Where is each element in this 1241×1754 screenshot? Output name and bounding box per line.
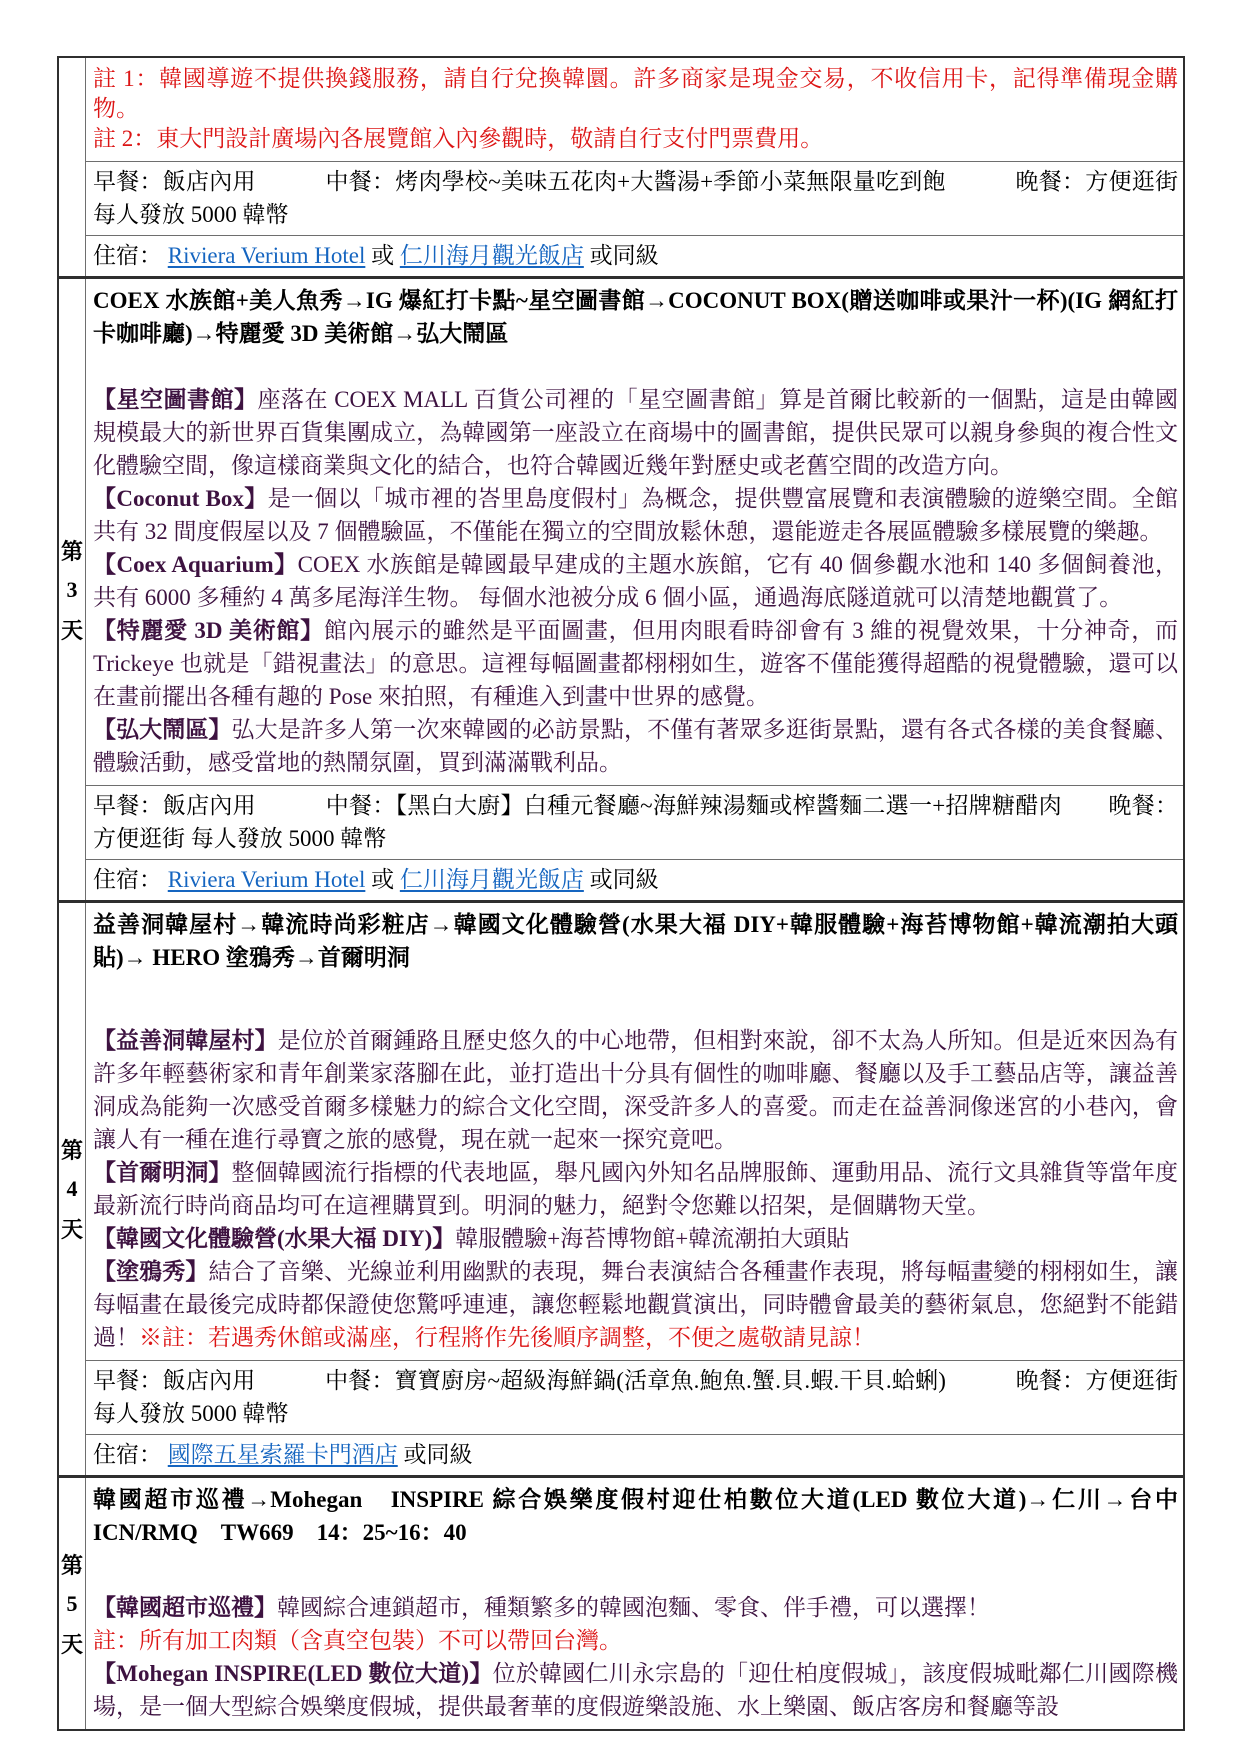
text-segment: 或 <box>365 243 400 268</box>
day-description: 【Coconut Box】是一個以「城市裡的峇里島度假村」為概念，提供豐富展覽和… <box>93 482 1178 548</box>
lodging-row: 住宿： Riviera Verium Hotel 或 仁川海月觀光飯店 或同級 <box>86 859 1183 900</box>
text-segment: 【Coconut Box】 <box>93 486 268 511</box>
text-segment: 【特麗愛 3D 美術館】 <box>93 618 324 643</box>
day-5-section: 第 5 天 韓國超市巡禮→Mohegan INSPIRE 綜合娛樂度假村迎仕柏數… <box>59 1475 1183 1729</box>
day-4-content: 益善洞韓屋村→韓流時尚彩粧店→韓國文化體驗營(水果大福 DIY+韓服體驗+海苔博… <box>86 903 1183 1475</box>
day-main-row: COEX 水族館+美人魚秀→IG 爆紅打卡點~星空圖書館→COCONUT BOX… <box>86 279 1183 785</box>
text-segment: 【韓國超市巡禮】 <box>93 1595 277 1620</box>
text-segment: 住宿： <box>93 1442 168 1467</box>
hotel-link[interactable]: 仁川海月觀光飯店 <box>400 867 584 892</box>
day-main-row: 益善洞韓屋村→韓流時尚彩粧店→韓國文化體驗營(水果大福 DIY+韓服體驗+海苔博… <box>86 903 1183 1360</box>
day-label-char: 第 <box>61 1134 83 1165</box>
note-1: 註 1：韓國導遊不提供換錢服務，請自行兌換韓圜。許多商家是現金交易，不收信用卡，… <box>93 64 1178 124</box>
text-segment: 【弘大鬧區】 <box>93 717 232 742</box>
day-description: 註：所有加工肉類（含真空包裝）不可以帶回台灣。 <box>93 1624 1178 1657</box>
day-label: 第 3 天 <box>59 279 86 900</box>
day-title: 韓國超市巡禮→Mohegan INSPIRE 綜合娛樂度假村迎仕柏數位大道(LE… <box>93 1483 1178 1549</box>
day-4-section: 第 4 天 益善洞韓屋村→韓流時尚彩粧店→韓國文化體驗營(水果大福 DIY+韓服… <box>59 900 1183 1475</box>
day-label-empty <box>59 58 86 276</box>
text-segment: 【Mohegan INSPIRE(LED 數位大道)】 <box>93 1661 493 1686</box>
text-segment: 或同級 <box>398 1442 473 1467</box>
day-3-section: 第 3 天 COEX 水族館+美人魚秀→IG 爆紅打卡點~星空圖書館→COCON… <box>59 276 1183 900</box>
hotel-link[interactable]: Riviera Verium Hotel <box>168 867 366 892</box>
day-description: 【弘大鬧區】弘大是許多人第一次來韓國的必訪景點，不僅有著眾多逛街景點，還有各式各… <box>93 713 1178 779</box>
text-segment: 【塗鴉秀】 <box>93 1259 208 1284</box>
day-2-content: 註 1：韓國導遊不提供換錢服務，請自行兌換韓圜。許多商家是現金交易，不收信用卡，… <box>86 58 1183 276</box>
text-segment: 或 <box>365 867 400 892</box>
day-description: 【Mohegan INSPIRE(LED 數位大道)】位於韓國仁川永宗島的「迎仕… <box>93 1657 1178 1723</box>
meals-row: 早餐：飯店內用 中餐：烤肉學校~美味五花肉+大醬湯+季節小菜無限量吃到飽 晚餐：… <box>86 161 1183 235</box>
day-label-char: 第 <box>61 1549 83 1580</box>
text-segment: 【益善洞韓屋村】 <box>93 1028 278 1053</box>
text-segment: 整個韓國流行指標的代表地區，舉凡國內外知名品牌服飾、運動用品、流行文具雜貨等當年… <box>93 1160 1178 1218</box>
day-description: 【塗鴉秀】結合了音樂、光線並利用幽默的表現，舞台表演結合各種畫作表現，將每幅畫變… <box>93 1255 1178 1354</box>
day-3-content: COEX 水族館+美人魚秀→IG 爆紅打卡點~星空圖書館→COCONUT BOX… <box>86 279 1183 900</box>
hotel-link[interactable]: Riviera Verium Hotel <box>168 243 366 268</box>
day-2-section: 註 1：韓國導遊不提供換錢服務，請自行兌換韓圜。許多商家是現金交易，不收信用卡，… <box>59 58 1183 276</box>
day-main-row: 韓國超市巡禮→Mohegan INSPIRE 綜合娛樂度假村迎仕柏數位大道(LE… <box>86 1478 1183 1729</box>
day-description: 【韓國文化體驗營(水果大福 DIY)】韓服體驗+海苔博物館+韓流潮拍大頭貼 <box>93 1222 1178 1255</box>
day-description: 【韓國超市巡禮】韓國綜合連鎖超市，種類繁多的韓國泡麵、零食、伴手禮，可以選擇！ <box>93 1591 1178 1624</box>
text-segment: 【首爾明洞】 <box>93 1160 232 1185</box>
text-segment: 或同級 <box>584 243 659 268</box>
text-segment: 註：所有加工肉類（含真空包裝）不可以帶回台灣。 <box>93 1628 622 1653</box>
spacer <box>93 1549 1178 1591</box>
meals-row: 早餐：飯店內用 中餐：寶寶廚房~超級海鮮鍋(活章魚.鮑魚.蟹.貝.蝦.干貝.蛤蜊… <box>86 1360 1183 1434</box>
day-label-char: 天 <box>61 1213 83 1244</box>
itinerary-table: 註 1：韓國導遊不提供換錢服務，請自行兌換韓圜。許多商家是現金交易，不收信用卡，… <box>57 56 1185 1731</box>
note-2: 註 2：東大門設計廣場內各展覽館入內參觀時，敬請自行支付門票費用。 <box>93 124 1178 154</box>
lodging-row: 住宿： 國際五星索羅卡門酒店 或同級 <box>86 1434 1183 1475</box>
day-label-char: 5 <box>67 1591 78 1617</box>
spacer <box>93 350 1178 383</box>
notes-row: 註 1：韓國導遊不提供換錢服務，請自行兌換韓圜。許多商家是現金交易，不收信用卡，… <box>86 58 1183 161</box>
day-label-char: 4 <box>67 1176 78 1202</box>
text-segment: 或同級 <box>584 867 659 892</box>
day-label: 第 4 天 <box>59 903 86 1475</box>
text-segment: 韓服體驗+海苔博物館+韓流潮拍大頭貼 <box>455 1226 849 1251</box>
day-description: 【Coex Aquarium】COEX 水族館是韓國最早建成的主題水族館，它有 … <box>93 548 1178 614</box>
text-segment: 【韓國文化體驗營(水果大福 DIY)】 <box>93 1226 455 1251</box>
day-5-content: 韓國超市巡禮→Mohegan INSPIRE 綜合娛樂度假村迎仕柏數位大道(LE… <box>86 1478 1183 1729</box>
text-segment: ※註：若遇秀休館或滿座，行程將作先後順序調整，不便之處敬請見諒！ <box>139 1325 875 1350</box>
text-segment: 弘大是許多人第一次來韓國的必訪景點，不僅有著眾多逛街景點，還有各式各樣的美食餐廳… <box>93 717 1178 775</box>
text-segment: 住宿： <box>93 243 168 268</box>
day-label: 第 5 天 <box>59 1478 86 1729</box>
day-title: 益善洞韓屋村→韓流時尚彩粧店→韓國文化體驗營(水果大福 DIY+韓服體驗+海苔博… <box>93 908 1178 974</box>
day-title: COEX 水族館+美人魚秀→IG 爆紅打卡點~星空圖書館→COCONUT BOX… <box>93 284 1178 350</box>
day-label-char: 天 <box>61 614 83 645</box>
day-label-char: 3 <box>67 577 78 603</box>
lodging-row: 住宿： Riviera Verium Hotel 或 仁川海月觀光飯店 或同級 <box>86 235 1183 276</box>
day-description: 【首爾明洞】整個韓國流行指標的代表地區，舉凡國內外知名品牌服飾、運動用品、流行文… <box>93 1156 1178 1222</box>
day-label-char: 第 <box>61 535 83 566</box>
hotel-link[interactable]: 仁川海月觀光飯店 <box>400 243 584 268</box>
day-description: 【星空圖書館】座落在 COEX MALL 百貨公司裡的「星空圖書館」算是首爾比較… <box>93 383 1178 482</box>
text-segment: 住宿： <box>93 867 168 892</box>
day-description: 【益善洞韓屋村】是位於首爾鍾路且歷史悠久的中心地帶，但相對來說，卻不太為人所知。… <box>93 1024 1178 1156</box>
day-description: 【特麗愛 3D 美術館】館內展示的雖然是平面圖畫，但用肉眼看時卻會有 3 維的視… <box>93 614 1178 713</box>
text-segment: 【Coex Aquarium】 <box>93 552 298 577</box>
text-segment: 【星空圖書館】 <box>93 387 257 412</box>
hotel-link[interactable]: 國際五星索羅卡門酒店 <box>168 1442 398 1467</box>
meals-row: 早餐：飯店內用 中餐：【黑白大廚】白種元餐廳~海鮮辣湯麵或榨醬麵二選一+招牌糖醋… <box>86 785 1183 859</box>
text-segment: 韓國綜合連鎖超市，種類繁多的韓國泡麵、零食、伴手禮，可以選擇！ <box>277 1595 990 1620</box>
day-label-char: 天 <box>61 1628 83 1659</box>
spacer <box>93 974 1178 1024</box>
